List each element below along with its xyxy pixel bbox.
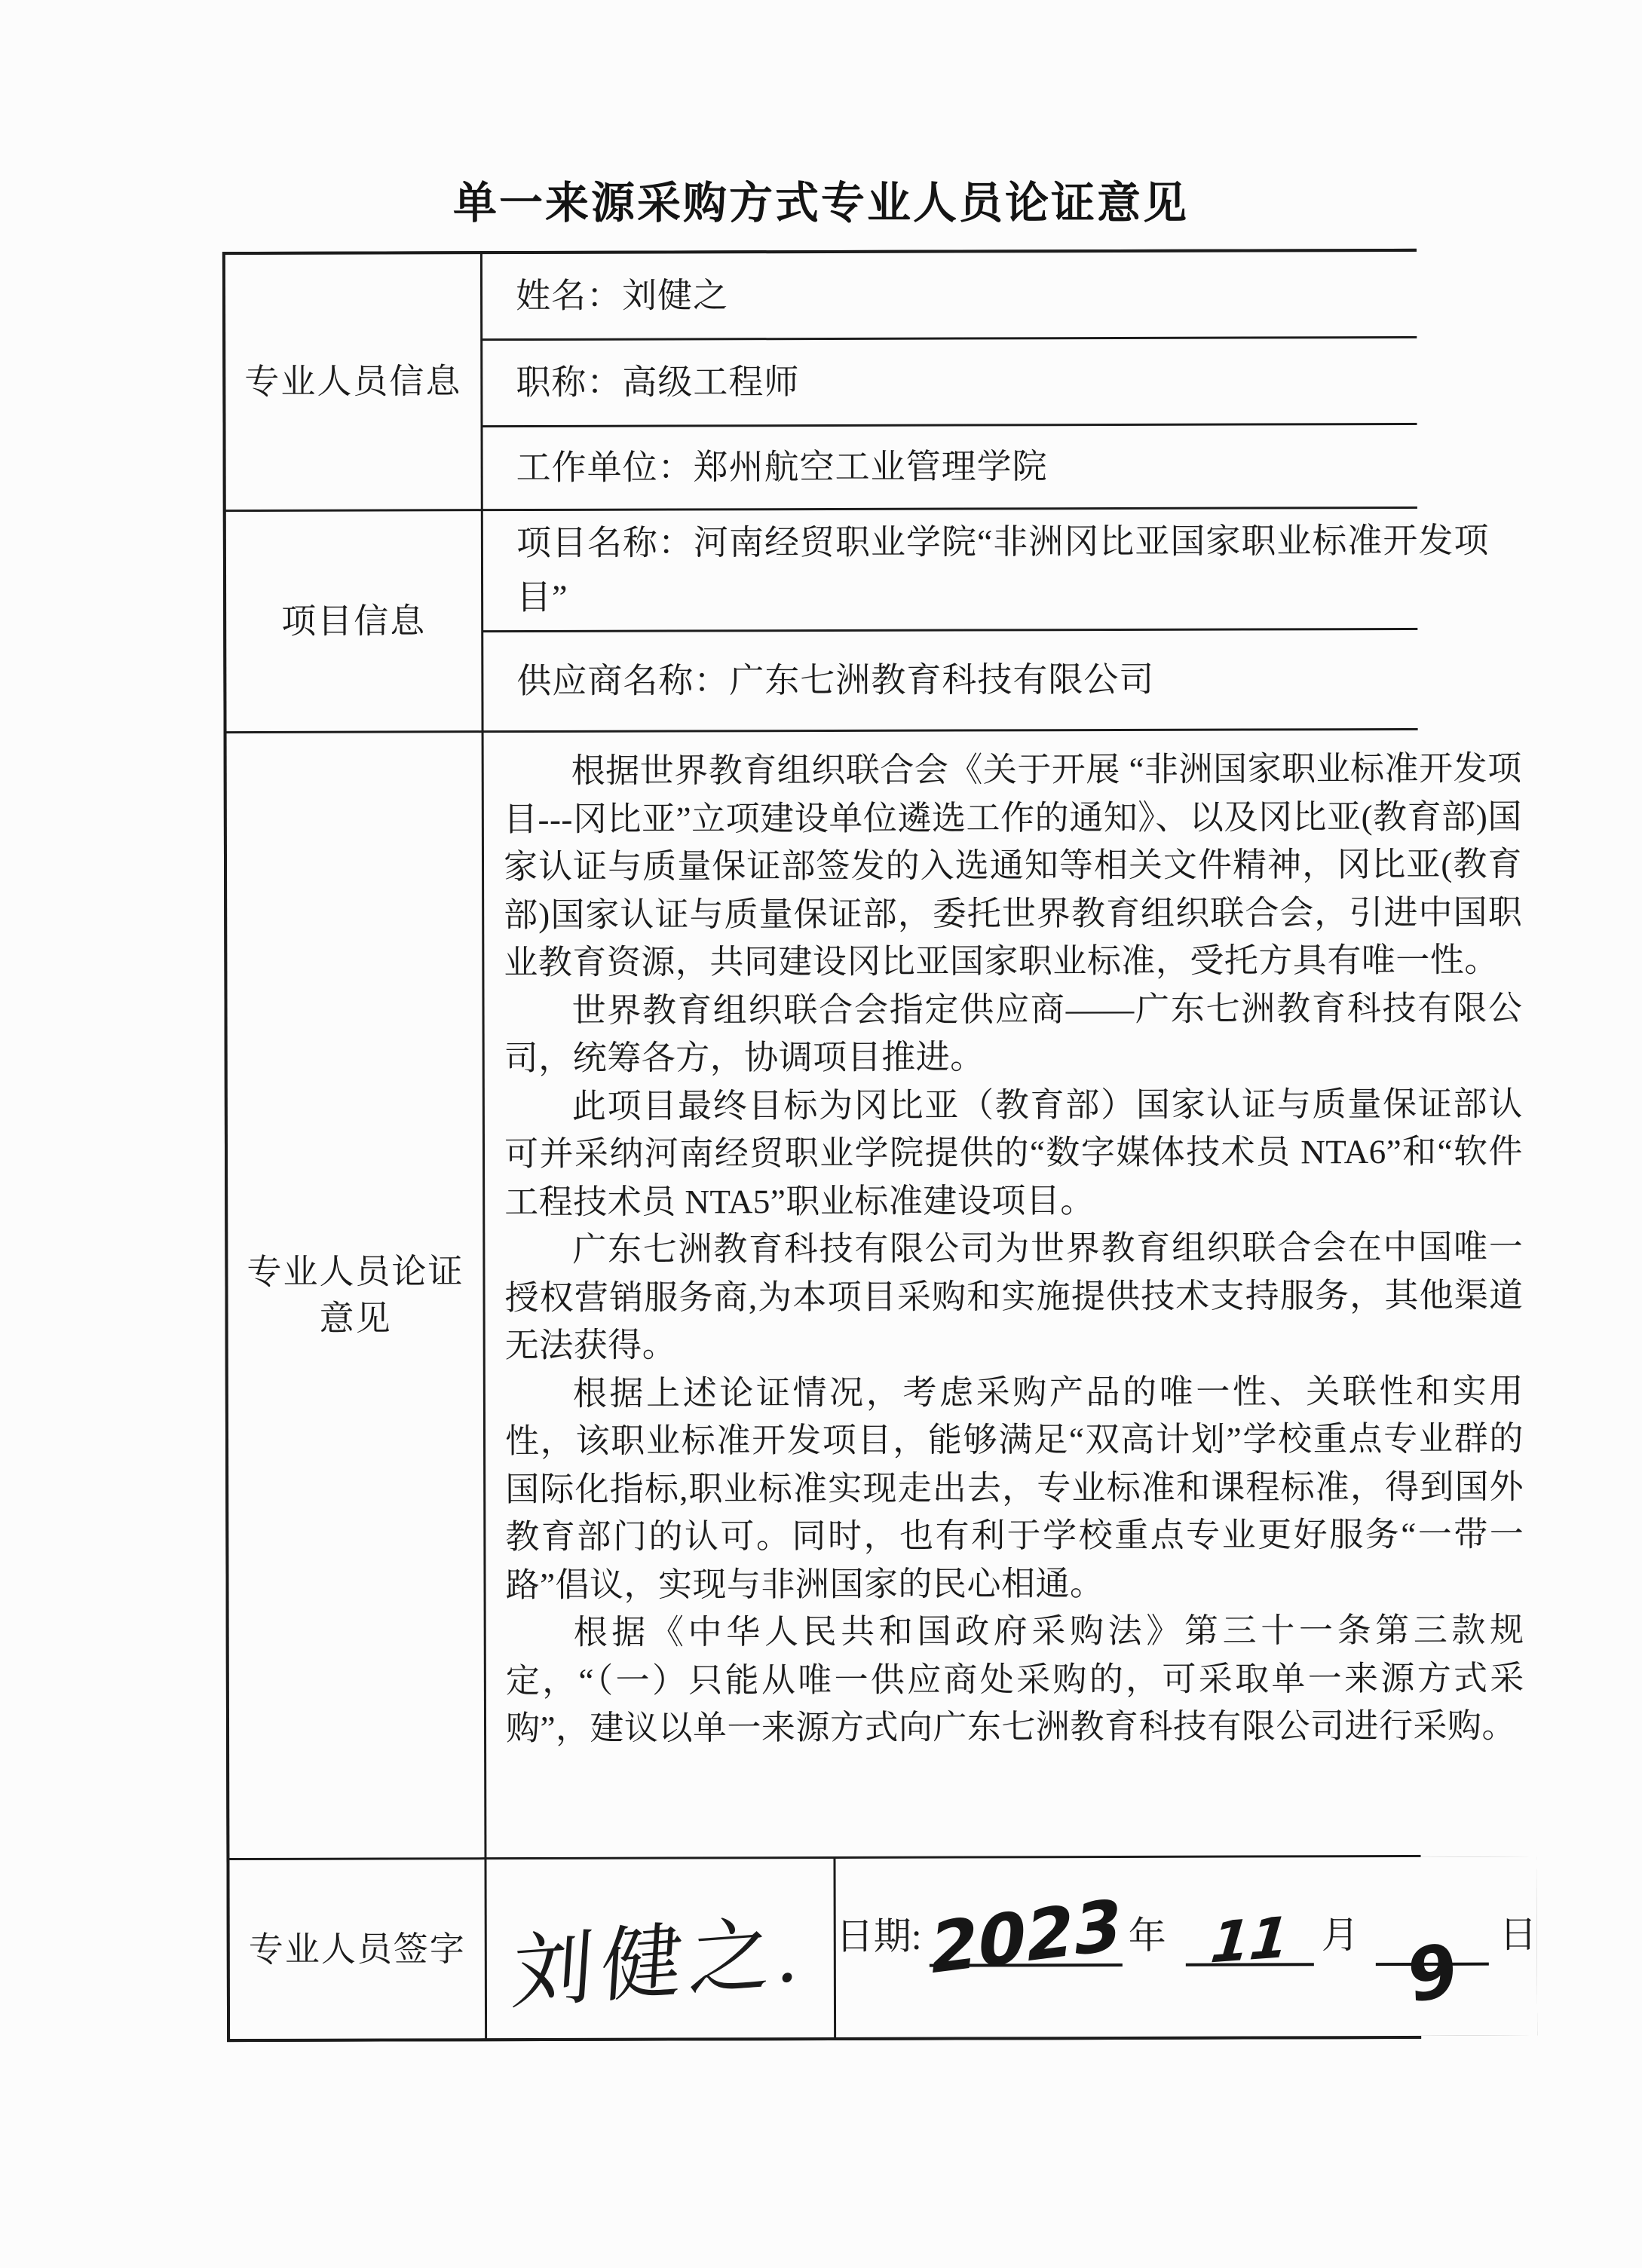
- date-year-handwriting: 2023: [927, 1898, 1125, 1976]
- date-day-underline: 9: [1376, 1897, 1489, 1965]
- date-label: 日期:: [836, 1905, 922, 1960]
- project-name-field: 项目名称：河南经贸职业学院“非洲冈比亚国家职业标准开发项目”: [483, 509, 1533, 631]
- page-title: 单一来源采购方式专业人员论证意见: [0, 167, 1642, 231]
- date-day-handwriting: 9: [1407, 1953, 1457, 1992]
- section-label-project-text: 项目信息: [281, 598, 426, 645]
- work-unit-field: 工作单位：郑州航空工业管理学院: [483, 425, 1533, 510]
- job-title-field: 职称：高级工程师: [482, 338, 1533, 426]
- section-label-opinion-line1: 专业人员论证: [247, 1248, 464, 1296]
- date-day-unit: 日: [1500, 1904, 1537, 1958]
- signature-row: 刘健之. 日期: 2023 年 11 月 9 日: [486, 1857, 1537, 2039]
- section-label-personal-text: 专业人员信息: [244, 358, 461, 406]
- date-month-unit: 月: [1322, 1905, 1359, 1959]
- date-month-handwriting: 11: [1205, 1914, 1295, 1967]
- section-label-signature-text: 专业人员签字: [249, 1926, 466, 1973]
- supplier-field: 供应商名称：广东七洲教育科技有限公司: [483, 630, 1533, 731]
- section-label-opinion-line2: 意见: [320, 1295, 392, 1342]
- section-label-personal: 专业人员信息: [225, 254, 481, 510]
- date-month-underline: 11: [1186, 1898, 1314, 1966]
- section-label-opinion: 专业人员论证 意见: [227, 733, 485, 1858]
- section-label-signature: 专业人员签字: [229, 1859, 485, 2039]
- signature-cell: 刘健之.: [486, 1859, 834, 2038]
- opinion-paragraph: 广东七洲教育科技有限公司为世界教育组织联合会在中国唯一授权营销服务商,为本项目采…: [504, 1224, 1523, 1370]
- date-cell: 日期: 2023 年 11 月 9 日: [835, 1857, 1537, 2037]
- opinion-paragraph: 根据《中华人民共和国政府采购法》第三十一条第三款规定，“（一）只能从唯一供应商处…: [506, 1607, 1524, 1753]
- opinion-paragraph: 世界教育组织联合会指定供应商——广东七洲教育科技有限公司，统筹各方，协调项目推进…: [504, 984, 1522, 1083]
- opinion-paragraph: 根据上述论证情况，考虑采购产品的唯一性、关联性和实用性，该职业标准开发项目，能够…: [505, 1367, 1524, 1609]
- opinion-text: 根据世界教育组织联合会《关于开展 “非洲国家职业标准开发项目---冈比亚”立项建…: [484, 730, 1537, 1858]
- document-table: 专业人员信息 姓名：刘健之 职称：高级工程师 工作单位：郑州航空工业管理学院 项…: [222, 249, 1421, 2042]
- date-year-unit: 年: [1129, 1905, 1166, 1959]
- opinion-paragraph: 此项目最终目标为冈比亚（教育部）国家认证与质量保证部认可并采纳河南经贸职业学院提…: [504, 1080, 1523, 1226]
- name-field: 姓名：刘健之: [482, 252, 1533, 339]
- section-label-project: 项目信息: [226, 511, 482, 731]
- signature-handwriting: 刘健之.: [510, 1886, 812, 2025]
- opinion-paragraph: 根据世界教育组织联合会《关于开展 “非洲国家职业标准开发项目---冈比亚”立项建…: [504, 745, 1523, 987]
- date-year-underline: 2023: [930, 1898, 1123, 1967]
